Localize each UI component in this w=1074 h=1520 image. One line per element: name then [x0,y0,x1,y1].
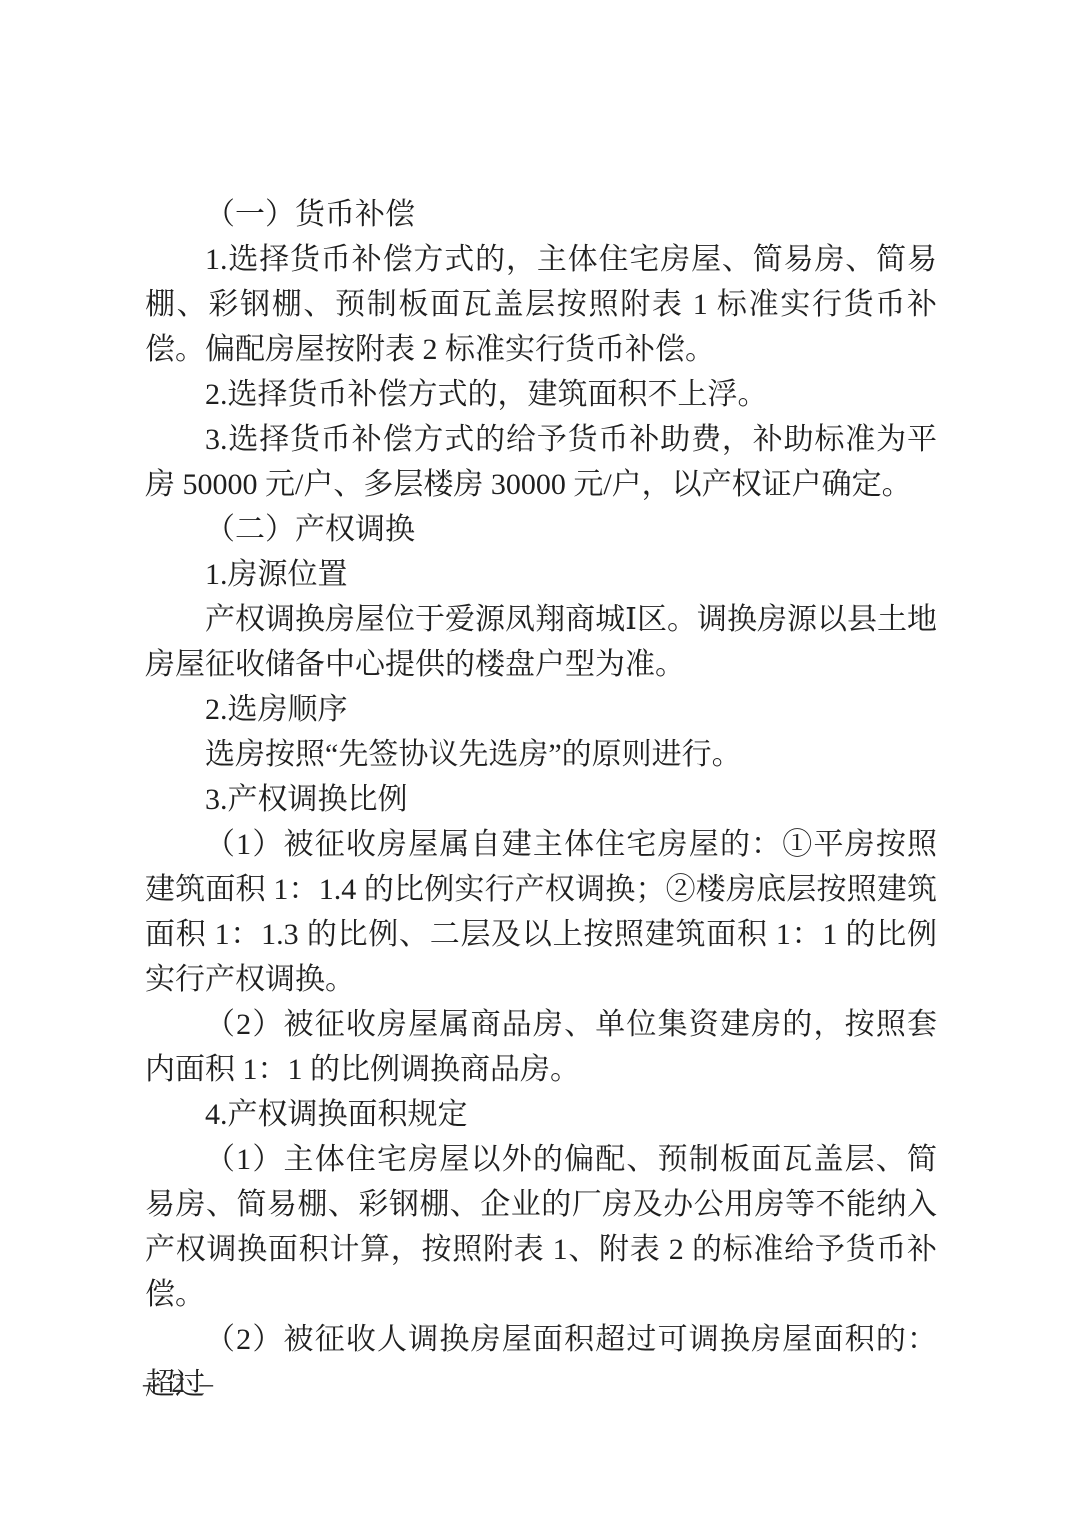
paragraph-exchange-area-item1: （1）主体住宅房屋以外的偏配、预制板面瓦盖层、简易房、简易棚、彩钢棚、企业的厂房… [145,1137,937,1317]
heading-monetary-compensation: （一）货币补偿 [145,192,937,237]
paragraph-monetary-2: 2.选择货币补偿方式的，建筑面积不上浮。 [145,372,937,417]
paragraph-exchange-area-title: 4.产权调换面积规定 [145,1092,937,1137]
paragraph-exchange-ratio-item2: （2）被征收房屋属商品房、单位集资建房的，按照套内面积 1：1 的比例调换商品房… [145,1002,937,1092]
page-number: – 2 – [143,1366,217,1400]
paragraph-monetary-1: 1.选择货币补偿方式的，主体住宅房屋、简易房、简易棚、彩钢棚、预制板面瓦盖层按照… [145,237,937,372]
document-body: （一）货币补偿 1.选择货币补偿方式的，主体住宅房屋、简易房、简易棚、彩钢棚、预… [145,192,937,1407]
paragraph-housing-location-body: 产权调换房屋位于爱源凤翔商城Ⅰ区。调换房源以县土地房屋征收储备中心提供的楼盘户型… [145,597,937,687]
paragraph-selection-order-body: 选房按照“先签协议先选房”的原则进行。 [145,732,937,777]
heading-property-exchange: （二）产权调换 [145,507,937,552]
document-page: （一）货币补偿 1.选择货币补偿方式的，主体住宅房屋、简易房、简易棚、彩钢棚、预… [0,0,1074,1520]
paragraph-selection-order-title: 2.选房顺序 [145,687,937,732]
paragraph-exchange-area-item2: （2）被征收人调换房屋面积超过可调换房屋面积的：超过 [145,1317,937,1407]
paragraph-monetary-3: 3.选择货币补偿方式的给予货币补助费，补助标准为平房 50000 元/户、多层楼… [145,417,937,507]
paragraph-housing-location-title: 1.房源位置 [145,552,937,597]
paragraph-exchange-ratio-title: 3.产权调换比例 [145,777,937,822]
paragraph-exchange-ratio-item1: （1）被征收房屋属自建主体住宅房屋的：①平房按照建筑面积 1：1.4 的比例实行… [145,822,937,1002]
